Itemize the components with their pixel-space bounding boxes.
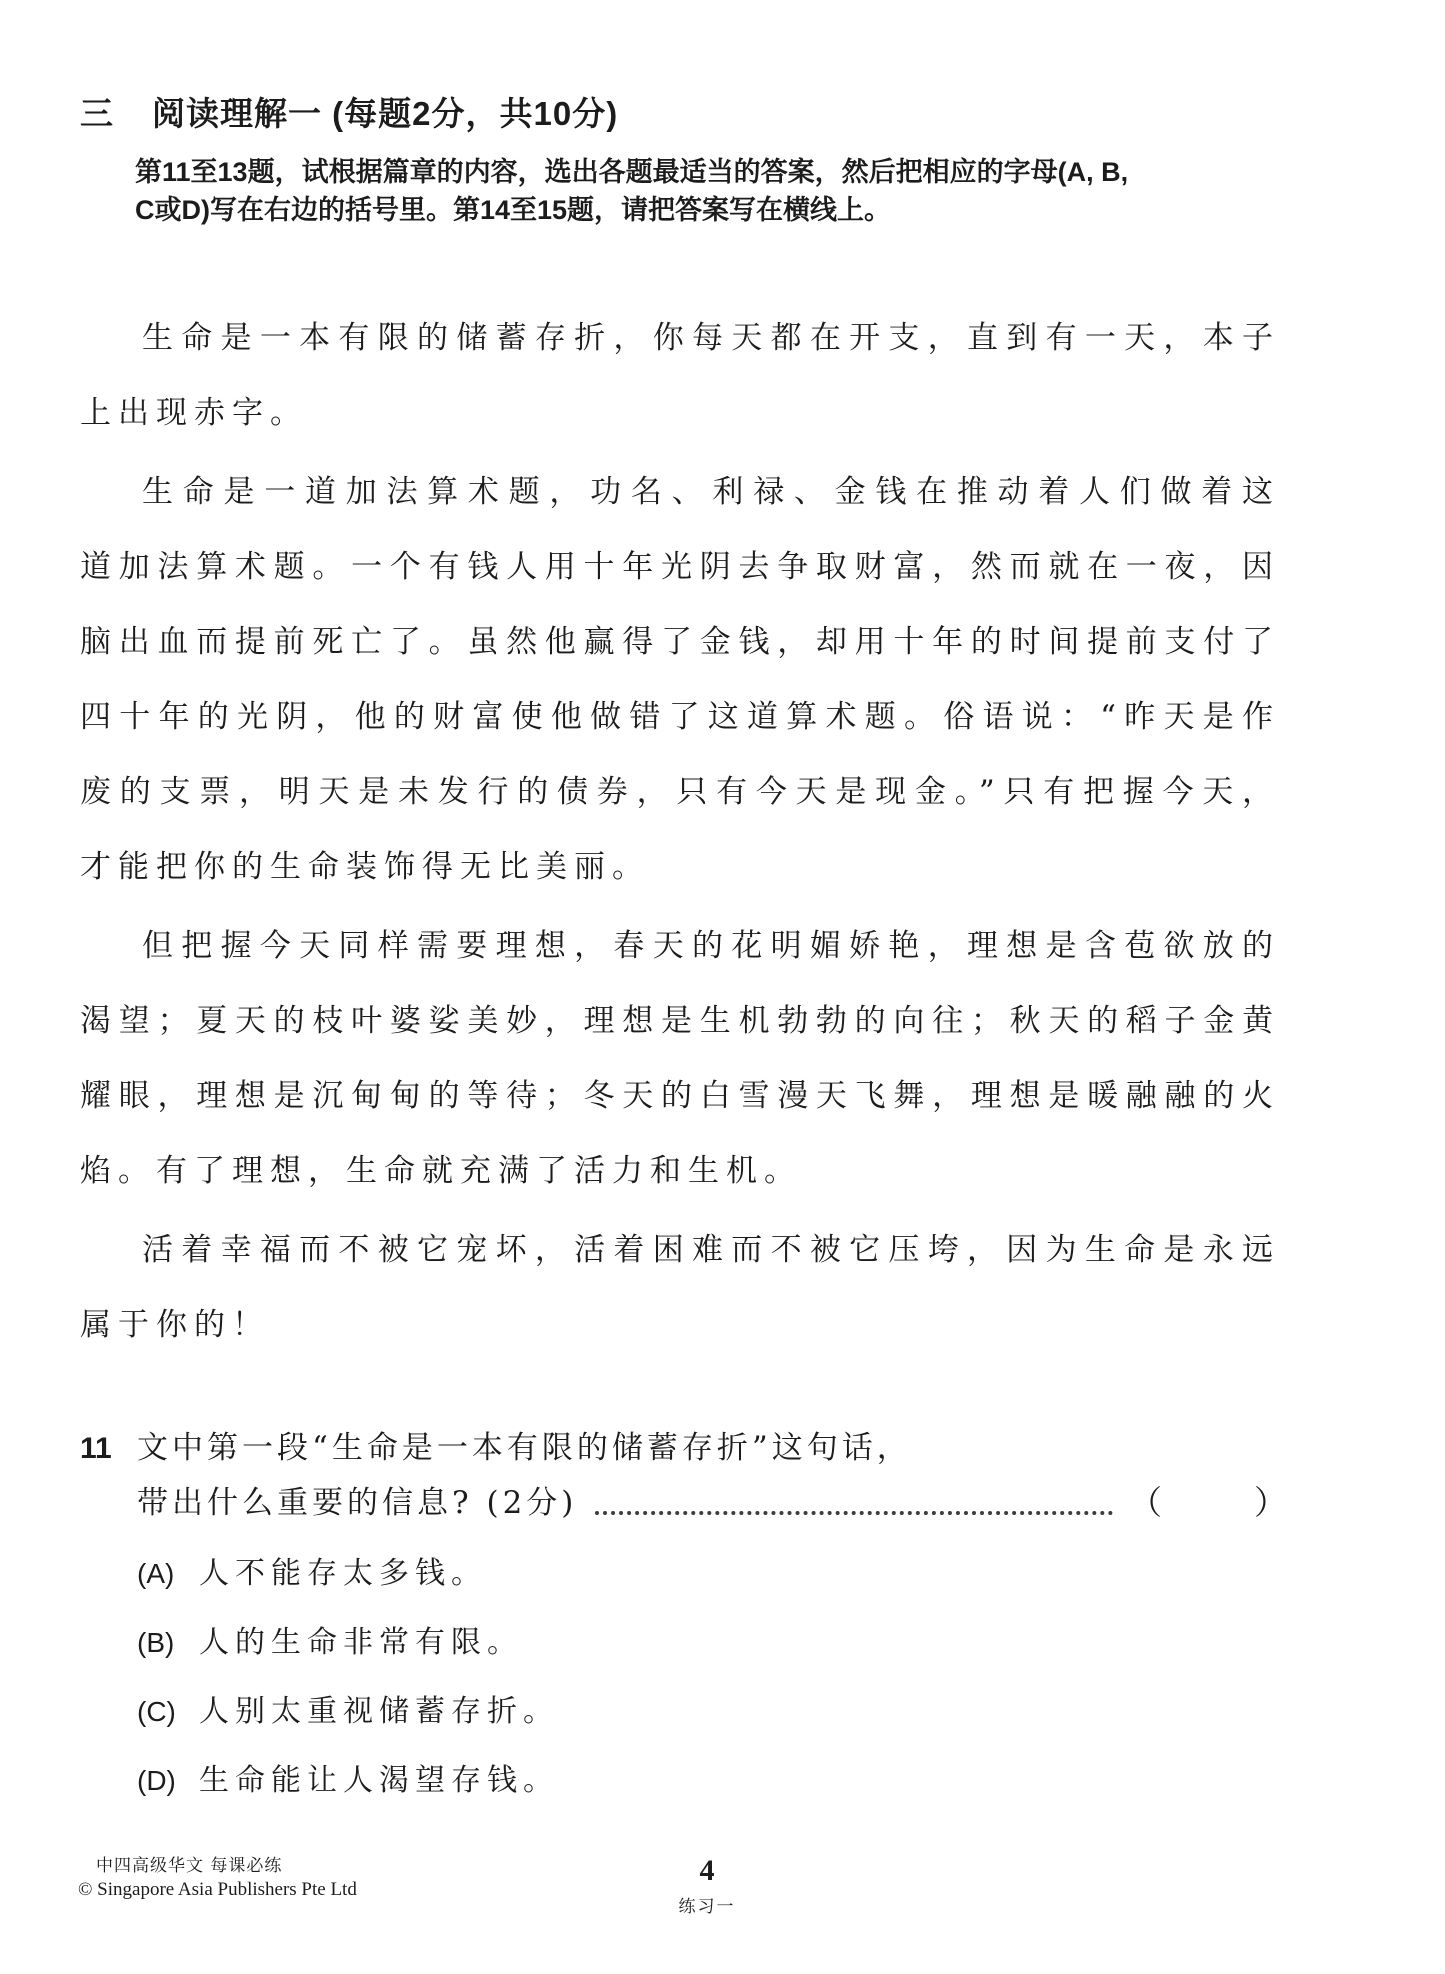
dotted-leader — [595, 1511, 1113, 1515]
passage-paragraph: 但把握今天同样需要理想，春天的花明媚娇艳，理想是含苞欲放的渴望；夏天的枝叶婆娑美… — [80, 909, 1280, 1209]
passage-paragraph: 生命是一本有限的储蓄存折，你每天都在开支，直到有一天，本子上出现赤字。 — [80, 301, 1280, 451]
passage-line: 焰。有了理想，生命就充满了活力和生机。 — [80, 1134, 1280, 1209]
option-text: 生命能让人渴望存钱。 — [199, 1761, 559, 1801]
passage-line: 四十年的光阴，他的财富使他做错了这道算术题。俗语说：“昨天是作 — [80, 680, 1280, 755]
question-second-row: 带出什么重要的信息? (2分) （ ） — [137, 1476, 1287, 1530]
footer-copyright: © Singapore Asia Publishers Pte Ltd — [78, 1879, 357, 1901]
option-text: 人别太重视储蓄存折。 — [199, 1692, 559, 1732]
question-first-row: 11 文中第一段“生命是一本有限的储蓄存折”这句话， — [80, 1421, 1320, 1476]
option-label: (A) — [137, 1554, 199, 1594]
passage-paragraph: 生命是一道加法算术题，功名、利禄、金钱在推动着人们做着这道加法算术题。一个有钱人… — [80, 455, 1280, 905]
footer-series-title: 中四高级华文 每课必练 — [78, 1851, 357, 1876]
passage-line: 但把握今天同样需要理想，春天的花明媚娇艳，理想是含苞欲放的 — [80, 909, 1280, 984]
passage-line: 生命是一道加法算术题，功名、利禄、金钱在推动着人们做着这 — [80, 455, 1280, 530]
question-text-line1: 文中第一段“生命是一本有限的储蓄存折”这句话， — [137, 1421, 912, 1475]
option-label: (D) — [137, 1761, 199, 1801]
passage-line: 活着幸福而不被它宠坏，活着困难而不被它压垮，因为生命是永远 — [80, 1213, 1280, 1288]
instructions: 第11至13题，试根据篇章的内容，选出各题最适当的答案，然后把相应的字母(A, … — [135, 153, 1325, 229]
passage-line: 脑出血而提前死亡了。虽然他赢得了金钱，却用十年的时间提前支付了 — [80, 605, 1280, 680]
option-row: (C)人别太重视储蓄存折。 — [137, 1692, 1365, 1732]
question-options: (A)人不能存太多钱。(B)人的生命非常有限。(C)人别太重视储蓄存折。(D)生… — [137, 1554, 1365, 1801]
passage-line: 属于你的！ — [80, 1288, 1280, 1363]
answer-bracket-close: ） — [1254, 1476, 1287, 1530]
option-text: 人的生命非常有限。 — [199, 1623, 523, 1663]
answer-bracket-gap — [1162, 1476, 1254, 1530]
passage-paragraph: 活着幸福而不被它宠坏，活着困难而不被它压垮，因为生命是永远属于你的！ — [80, 1213, 1280, 1363]
option-row: (A)人不能存太多钱。 — [137, 1554, 1365, 1594]
worksheet-page: 三 阅读理解一 (每题2分，共10分) 第11至13题，试根据篇章的内容，选出各… — [0, 0, 1445, 1974]
footer-left: 中四高级华文 每课必练 © Singapore Asia Publishers … — [78, 1851, 357, 1901]
option-label: (B) — [137, 1623, 199, 1663]
option-text: 人不能存太多钱。 — [199, 1554, 487, 1594]
option-row: (D)生命能让人渴望存钱。 — [137, 1761, 1365, 1801]
passage-line: 耀眼，理想是沉甸甸的等待；冬天的白雪漫天飞舞，理想是暖融融的火 — [80, 1059, 1280, 1134]
footer-exercise-label: 练习一 — [637, 1892, 777, 1917]
answer-bracket-open: （ — [1129, 1476, 1162, 1530]
passage-line: 道加法算术题。一个有钱人用十年光阴去争取财富，然而就在一夜，因 — [80, 530, 1280, 605]
passage: 生命是一本有限的储蓄存折，你每天都在开支，直到有一天，本子上出现赤字。生命是一道… — [80, 301, 1280, 1363]
section-number: 三 — [80, 88, 152, 135]
question-text-line2: 带出什么重要的信息? (2分) — [137, 1476, 577, 1530]
option-row: (B)人的生命非常有限。 — [137, 1623, 1365, 1663]
answer-bracket: （ ） — [1129, 1476, 1287, 1530]
footer-center: 4 练习一 — [637, 1854, 777, 1917]
section-title: 阅读理解一 (每题2分，共10分) — [152, 88, 618, 135]
footer-page-number: 4 — [637, 1854, 777, 1888]
section-header: 三 阅读理解一 (每题2分，共10分) — [80, 88, 1365, 135]
question-block: 11 文中第一段“生命是一本有限的储蓄存折”这句话， 带出什么重要的信息? (2… — [80, 1421, 1320, 1530]
option-label: (C) — [137, 1692, 199, 1732]
instruction-line: 第11至13题，试根据篇章的内容，选出各题最适当的答案，然后把相应的字母(A, … — [135, 153, 1325, 191]
passage-line: 生命是一本有限的储蓄存折，你每天都在开支，直到有一天，本子 — [80, 301, 1280, 376]
question-number: 11 — [80, 1422, 137, 1476]
passage-line: 才能把你的生命装饰得无比美丽。 — [80, 830, 1280, 905]
passage-line: 渴望；夏天的枝叶婆娑美妙，理想是生机勃勃的向往；秋天的稻子金黄 — [80, 984, 1280, 1059]
instruction-line: C或D)写在右边的括号里。第14至15题，请把答案写在横线上。 — [135, 191, 1325, 229]
passage-line: 废的支票，明天是未发行的债券，只有今天是现金。”只有把握今天， — [80, 755, 1280, 830]
passage-line: 上出现赤字。 — [80, 376, 1280, 451]
